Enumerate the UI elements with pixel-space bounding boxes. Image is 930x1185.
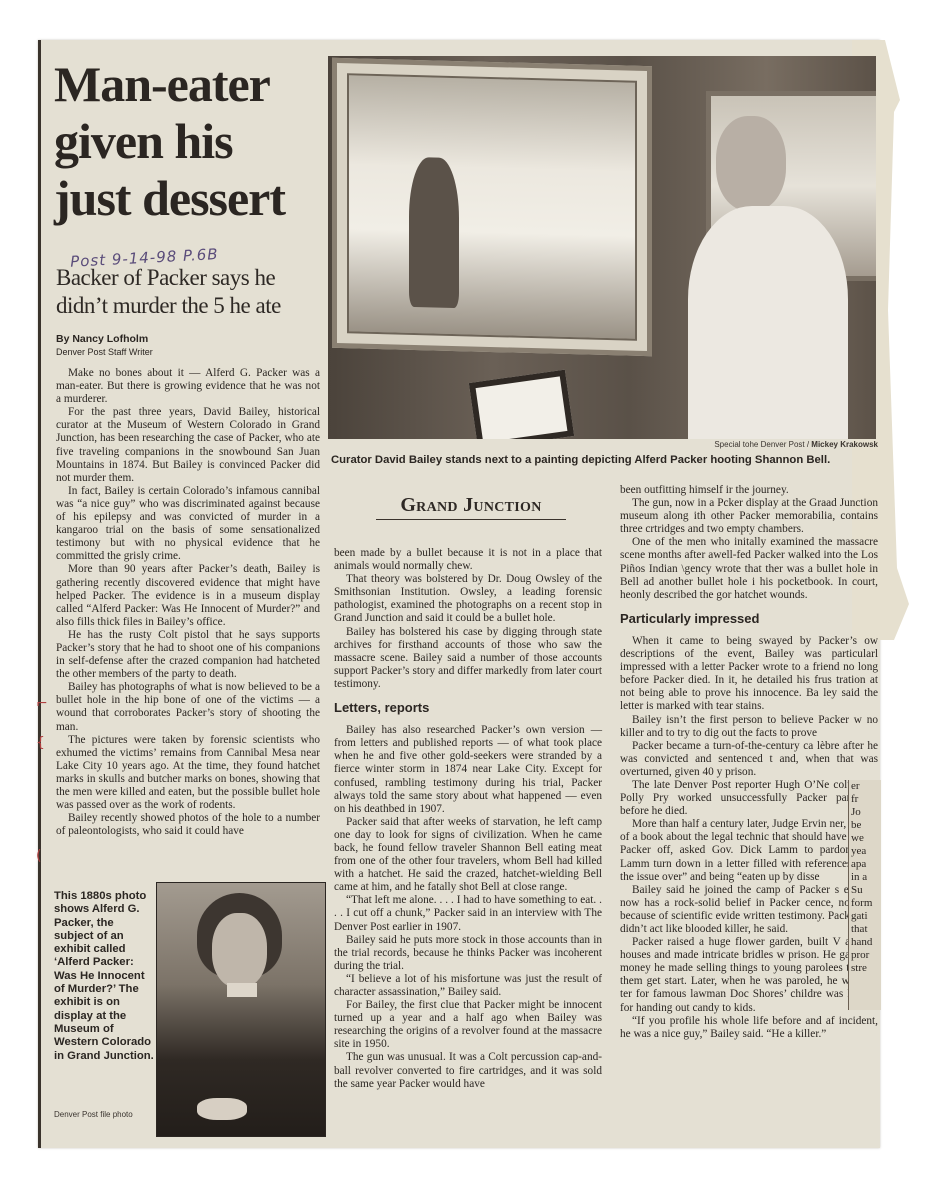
fragment-line: stre (849, 962, 881, 975)
paragraph: Bailey has bolstered his case by digging… (334, 626, 602, 691)
fragment-line: gati (849, 910, 881, 923)
fragment-line: we (849, 832, 881, 845)
headline-line: given his (54, 113, 324, 170)
paragraph: been outfitting himself ir the journey. (620, 484, 878, 497)
red-margin-mark: { (36, 735, 45, 751)
paragraph: been made by a bullet because it is not … (334, 547, 602, 573)
packer-hand (197, 1098, 247, 1120)
paragraph: Packer became a turn-of-the-century ca l… (620, 740, 878, 779)
paragraph: “That left me alone. . . . I had to have… (334, 894, 602, 933)
headline-line: Man-eater (54, 56, 324, 113)
exhibit-plaque (469, 370, 574, 439)
paragraph: In fact, Bailey is certain Colorado’s in… (56, 485, 320, 564)
fragment-line: that (849, 923, 881, 936)
paragraph: For the past three years, David Bailey, … (56, 406, 320, 485)
paragraph: Bailey has also researched Packer’s own … (334, 724, 602, 816)
curator-shirt (688, 206, 848, 439)
fragment-line: Jo (849, 806, 881, 819)
byline-role: Denver Post Staff Writer (56, 347, 153, 357)
paragraph: Bailey said he puts more stock in those … (334, 934, 602, 973)
paragraph: “If you profile his whole life before an… (620, 1015, 878, 1041)
overlapping-clipping-fragment: er fr Jo be we yea apa in a Su form gati… (848, 780, 881, 1010)
paragraph: He has the rusty Colt pistol that he say… (56, 629, 320, 681)
paragraph: The late Denver Post reporter Hugh O’Ne … (620, 779, 878, 818)
article-column-1: Make no bones about it — Alferd G. Packe… (56, 367, 320, 838)
paragraph: Bailey isn’t the first person to believe… (620, 714, 878, 740)
painting-snow-scene (347, 73, 637, 341)
fragment-line: form (849, 897, 881, 910)
packer-bow-tie (227, 983, 257, 997)
main-photo-curator-with-painting (328, 56, 876, 439)
paragraph: The gun, now in a Pcker display at the G… (620, 497, 878, 536)
byline: By Nancy Lofholm (56, 333, 148, 345)
fragment-line: er (849, 780, 881, 793)
fragment-line: in a (849, 871, 881, 884)
paragraph: The pictures were taken by forensic scie… (56, 734, 320, 813)
section-label: Grand Junction (376, 494, 566, 520)
paragraph: Packer raised a huge flower garden, buil… (620, 936, 878, 1015)
paragraph: Packer said that after weeks of starvati… (334, 816, 602, 895)
headline-line: just dessert (54, 170, 324, 227)
painting-figure (409, 157, 459, 308)
section-subhead: Letters, reports (334, 701, 602, 714)
paragraph: “I believe a lot of his misfortune was j… (334, 973, 602, 999)
fragment-line: apa (849, 858, 881, 871)
paragraph: Bailey has photographs of what is now be… (56, 681, 320, 733)
red-margin-mark: ⌐ (36, 696, 48, 712)
main-photo-credit: Special tohe Denver Post / Mickey Krakow… (600, 440, 878, 449)
subheadline: Backer of Packer says he didn’t murder t… (56, 264, 326, 320)
packer-face (212, 913, 267, 988)
paragraph: The gun was unusual. It was a Colt percu… (334, 1051, 602, 1090)
paragraph: For Bailey, the first clue that Packer m… (334, 999, 602, 1051)
credit-name: Mickey Krakowsk (811, 440, 878, 449)
painting-frame (332, 58, 652, 356)
headline: Man-eater given his just dessert (54, 56, 324, 227)
curator-head (716, 116, 786, 211)
paragraph: When it came to being swayed by Packer’s… (620, 635, 878, 714)
paragraph: More than half a century later, Judge Er… (620, 818, 878, 883)
paragraph: Make no bones about it — Alferd G. Packe… (56, 367, 320, 406)
fragment-line: pror (849, 949, 881, 962)
packer-portrait-photo (156, 882, 326, 1137)
fragment-line: Su (849, 884, 881, 897)
fragment-line: yea (849, 845, 881, 858)
section-subhead: Particularly impressed (620, 612, 878, 625)
red-margin-mark: ( (36, 848, 41, 864)
subhead-line: Backer of Packer says he (56, 264, 326, 292)
paragraph: That theory was bolstered by Dr. Doug Ow… (334, 573, 602, 625)
article-column-3: been outfitting himself ir the journey. … (620, 484, 878, 1149)
main-photo-caption: Curator David Bailey stands next to a pa… (331, 454, 891, 466)
article-column-2: been made by a bullet because it is not … (334, 547, 602, 1091)
credit-prefix: Special tohe Denver Post / (714, 440, 811, 449)
clipping-left-border (38, 40, 41, 1148)
packer-photo-caption: This 1880s photo shows Alferd G. Packer,… (54, 890, 154, 1063)
paragraph: Bailey said he joined the camp of Packer… (620, 884, 878, 936)
paragraph: More than 90 years after Packer’s death,… (56, 563, 320, 628)
subhead-line: didn’t murder the 5 he ate (56, 292, 326, 320)
fragment-line: hand (849, 936, 881, 949)
fragment-line: fr (849, 793, 881, 806)
fragment-line: be (849, 819, 881, 832)
paragraph: One of the men who initally examined the… (620, 536, 878, 601)
paragraph: Bailey recently showed photos of the hol… (56, 812, 320, 838)
packer-photo-credit: Denver Post file photo (54, 1110, 133, 1119)
